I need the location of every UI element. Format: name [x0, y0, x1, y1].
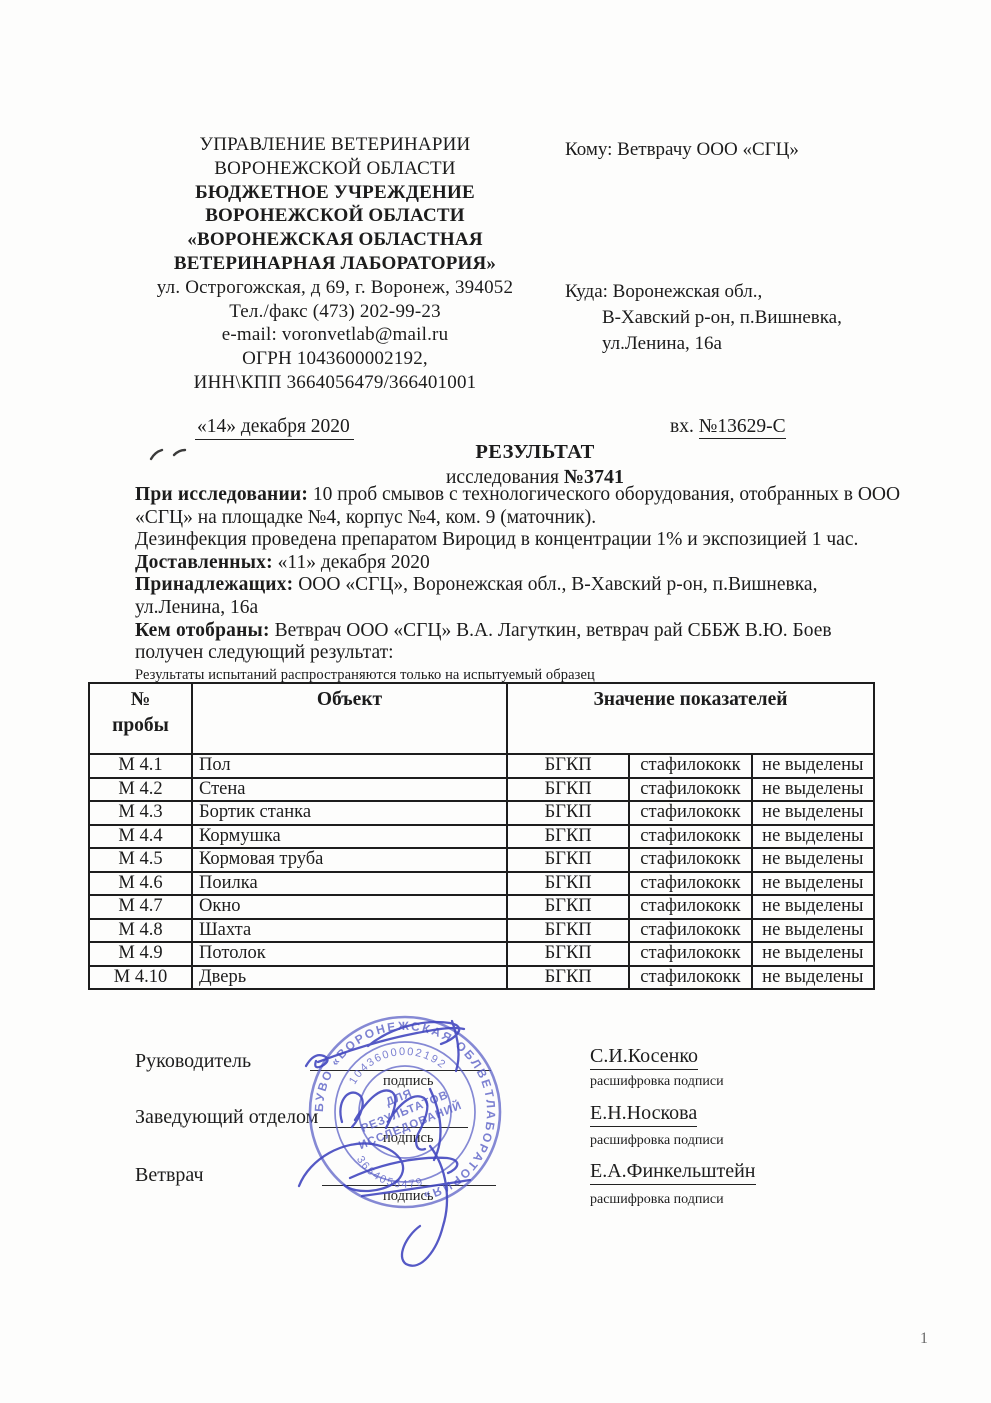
table-row: М 4.6ПоилкаБГКПстафилококкне выделены [89, 872, 874, 896]
signature-name-caption: расшифровка подписи [590, 1074, 724, 1090]
signature-line [319, 1127, 468, 1128]
signature-role-vet: Ветврач [135, 1164, 204, 1187]
table-row: М 4.8ШахтаБГКПстафилококкне выделены [89, 919, 874, 943]
inbox-prefix: вх. [670, 416, 699, 437]
table-row: М 4.5Кормовая трубаБГКПстафилококкне выд… [89, 848, 874, 872]
table-row: М 4.1ПолБГКПстафилококкне выделены [89, 754, 874, 778]
table-row: М 4.3Бортик станкаБГКПстафилококкне выде… [89, 801, 874, 825]
handwritten-signature-head-of-dept [340, 1089, 440, 1160]
org-name-line2: ВОРОНЕЖСКОЙ ОБЛАСТИ [95, 204, 575, 228]
body-line2: «СГЦ» на площадке №4, корпус №4, ком. 9 … [135, 507, 940, 530]
table-row: М 4.10ДверьБГКПстафилококкне выделены [89, 966, 874, 990]
stamp-ring-text: БУВО «ВОРОНЕЖСКАЯ ОБЛВЕТЛАБОРАТОРИЯ» [312, 1019, 498, 1203]
signature-role-head-of-dept: Заведующий отделом [135, 1106, 318, 1129]
results-table: № пробы Объект Значение показателей М 4.… [88, 682, 875, 990]
col-header-sample-no: № пробы [89, 683, 192, 754]
table-row: М 4.9ПотолокБГКПстафилококкне выделены [89, 942, 874, 966]
stamp-center-line2: РЕЗУЛЬТАТОВ [360, 1089, 451, 1135]
org-header-block: УПРАВЛЕНИЕ ВЕТЕРИНАРИИ ВОРОНЕЖСКОЙ ОБЛАС… [95, 133, 575, 395]
svg-text:БУВО «ВОРОНЕЖСКАЯ ОБЛВЕТЛАБО: БУВО «ВОРОНЕЖСКАЯ ОБЛВЕТЛАБОРАТОРИЯ» [312, 1019, 498, 1203]
org-ogrn: ОГРН 1043600002192, [95, 347, 575, 371]
body-line6: ул.Ленина, 16а [135, 597, 940, 620]
signature-caption: подпись [383, 1188, 434, 1205]
org-dept-line1: УПРАВЛЕНИЕ ВЕТЕРИНАРИИ [95, 133, 575, 157]
signature-role-director: Руководитель [135, 1050, 251, 1073]
org-name-line4: ВЕТЕРИНАРНАЯ ЛАБОРАТОРИЯ» [95, 252, 575, 276]
org-dept-line2: ВОРОНЕЖСКОЙ ОБЛАСТИ [95, 157, 575, 181]
org-name-line3: «ВОРОНЕЖСКАЯ ОБЛАСТНАЯ [95, 228, 575, 252]
body-line5: Принадлежащих: ООО «СГЦ», Воронежская об… [135, 574, 940, 597]
body-line1: При исследовании: 10 проб смывов с техно… [135, 484, 940, 507]
table-row: М 4.7ОкноБГКПстафилококкне выделены [89, 895, 874, 919]
inbox-number: №13629-С [699, 416, 786, 439]
table-header-row: № пробы Объект Значение показателей [89, 683, 874, 754]
signature-line [322, 1185, 496, 1186]
document-title: РЕЗУЛЬТАТ [135, 441, 935, 464]
signature-name-vet: Е.А.Финкельштейн [590, 1160, 756, 1185]
recipient-where-line2: В-Хавский р-он, п.Вишневка, [565, 305, 842, 331]
table-row: М 4.4КормушкаБГКПстафилококкне выделены [89, 825, 874, 849]
signature-caption: подпись [383, 1073, 434, 1090]
stamp-center-line1: ДЛЯ [384, 1087, 414, 1108]
stamp-and-signatures-overlay: БУВО «ВОРОНЕЖСКАЯ ОБЛВЕТЛАБОРАТОРИЯ» 104… [255, 998, 575, 1298]
body-line3: Дезинфекция проведена препаратом Вироцид… [135, 529, 940, 552]
document-page: УПРАВЛЕНИЕ ВЕТЕРИНАРИИ ВОРОНЕЖСКОЙ ОБЛАС… [0, 0, 991, 1403]
recipient-to: Кому: Ветврачу ООО «СГЦ» [565, 139, 799, 161]
signature-name-director: С.И.Косенко [590, 1045, 698, 1070]
org-email: e-mail: voronvetlab@mail.ru [95, 323, 575, 347]
body-line8: получен следующий результат: [135, 642, 940, 665]
signature-name-caption: расшифровка подписи [590, 1192, 724, 1208]
col-header-values: Значение показателей [507, 683, 874, 754]
signature-caption: подпись [383, 1130, 434, 1147]
org-inn-kpp: ИНН\КПП 3664056479/366401001 [95, 371, 575, 395]
signature-line [310, 1070, 491, 1071]
signature-name-head-of-dept: Е.Н.Носкова [590, 1102, 697, 1127]
org-address: ул. Острогожская, д 69, г. Воронеж, 3940… [95, 276, 575, 300]
signature-name-caption: расшифровка подписи [590, 1133, 724, 1149]
body-line7: Кем отобраны: Ветврач ООО «СГЦ» В.А. Лаг… [135, 620, 940, 643]
recipient-where-line1: Куда: Воронежская обл., [565, 279, 842, 305]
col-header-object: Объект [192, 683, 507, 754]
handwritten-signature-director [306, 1021, 464, 1071]
body-line4: Доставленных: «11» декабря 2020 [135, 552, 940, 575]
page-number: 1 [920, 1330, 928, 1348]
round-stamp [310, 1017, 500, 1207]
table-row: М 4.2СтенаБГКПстафилококкне выделены [89, 778, 874, 802]
document-date: «14» декабря 2020 [195, 416, 354, 440]
body-text: При исследовании: 10 проб смывов с техно… [135, 484, 940, 665]
inbox-number-line: вх. №13629-С [670, 416, 786, 438]
org-name-line1: БЮДЖЕТНОЕ УЧРЕЖДЕНИЕ [95, 181, 575, 205]
recipient-where-line3: ул.Ленина, 16а [565, 331, 842, 357]
org-phone: Тел./факс (473) 202-99-23 [95, 300, 575, 324]
recipient-where-block: Куда: Воронежская обл., В-Хавский р-он, … [565, 279, 842, 356]
title-block: РЕЗУЛЬТАТ исследования №3741 [135, 441, 935, 489]
